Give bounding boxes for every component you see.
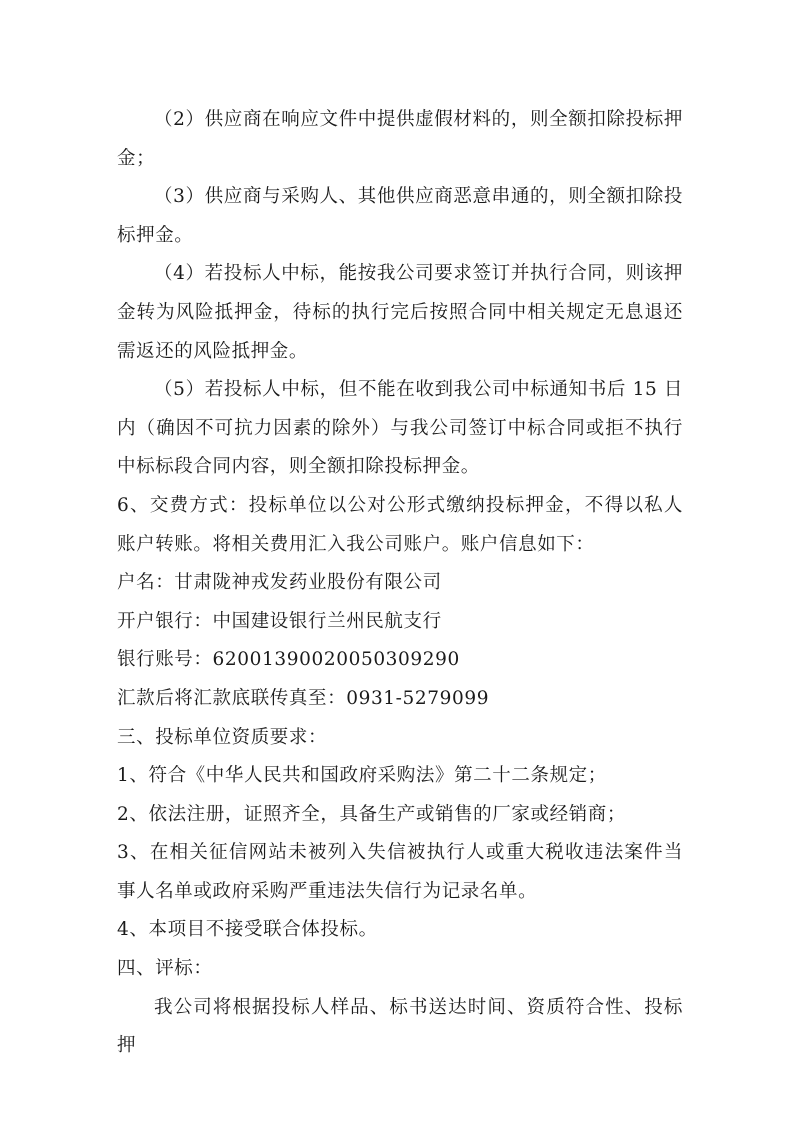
bank-name: 开户银行：中国建设银行兰州民航支行 <box>117 603 683 642</box>
evaluation-paragraph: 我公司将根据投标人样品、标书送达时间、资质符合性、投标押 <box>117 989 683 1066</box>
clause-3-penalty-collusion: （3）供应商与采购人、其他供应商恶意串通的，则全额扣除投标押金。 <box>117 178 683 255</box>
requirement-3: 3、在相关征信网站未被列入失信被执行人或重大税收违法案件当事人名单或政府采购严重… <box>117 834 683 911</box>
requirement-1: 1、符合《中华人民共和国政府采购法》第二十二条规定； <box>117 757 683 796</box>
section-3-heading: 三、投标单位资质要求： <box>117 719 683 758</box>
payment-method: 6、交费方式：投标单位以公对公形式缴纳投标押金，不得以私人账户转账。将相关费用汇… <box>117 487 683 564</box>
clause-5-penalty-refusal: （5）若投标人中标，但不能在收到我公司中标通知书后 15 日内（确因不可抗力因素… <box>117 371 683 487</box>
section-4-heading: 四、评标： <box>117 950 683 989</box>
account-name: 户名：甘肃陇神戎发药业股份有限公司 <box>117 564 683 603</box>
requirement-4: 4、本项目不接受联合体投标。 <box>117 911 683 950</box>
fax-number: 汇款后将汇款底联传真至：0931-5279099 <box>117 680 683 719</box>
clause-4-deposit-conversion: （4）若投标人中标，能按我公司要求签订并执行合同，则该押金转为风险抵押金，待标的… <box>117 255 683 371</box>
document-page: （2）供应商在响应文件中提供虚假材料的，则全额扣除投标押金； （3）供应商与采购… <box>117 101 683 1066</box>
requirement-2: 2、依法注册，证照齐全，具备生产或销售的厂家或经销商； <box>117 796 683 835</box>
clause-2-penalty-false-materials: （2）供应商在响应文件中提供虚假材料的，则全额扣除投标押金； <box>117 101 683 178</box>
bank-account-number: 银行账号：62001390020050309290 <box>117 641 683 680</box>
